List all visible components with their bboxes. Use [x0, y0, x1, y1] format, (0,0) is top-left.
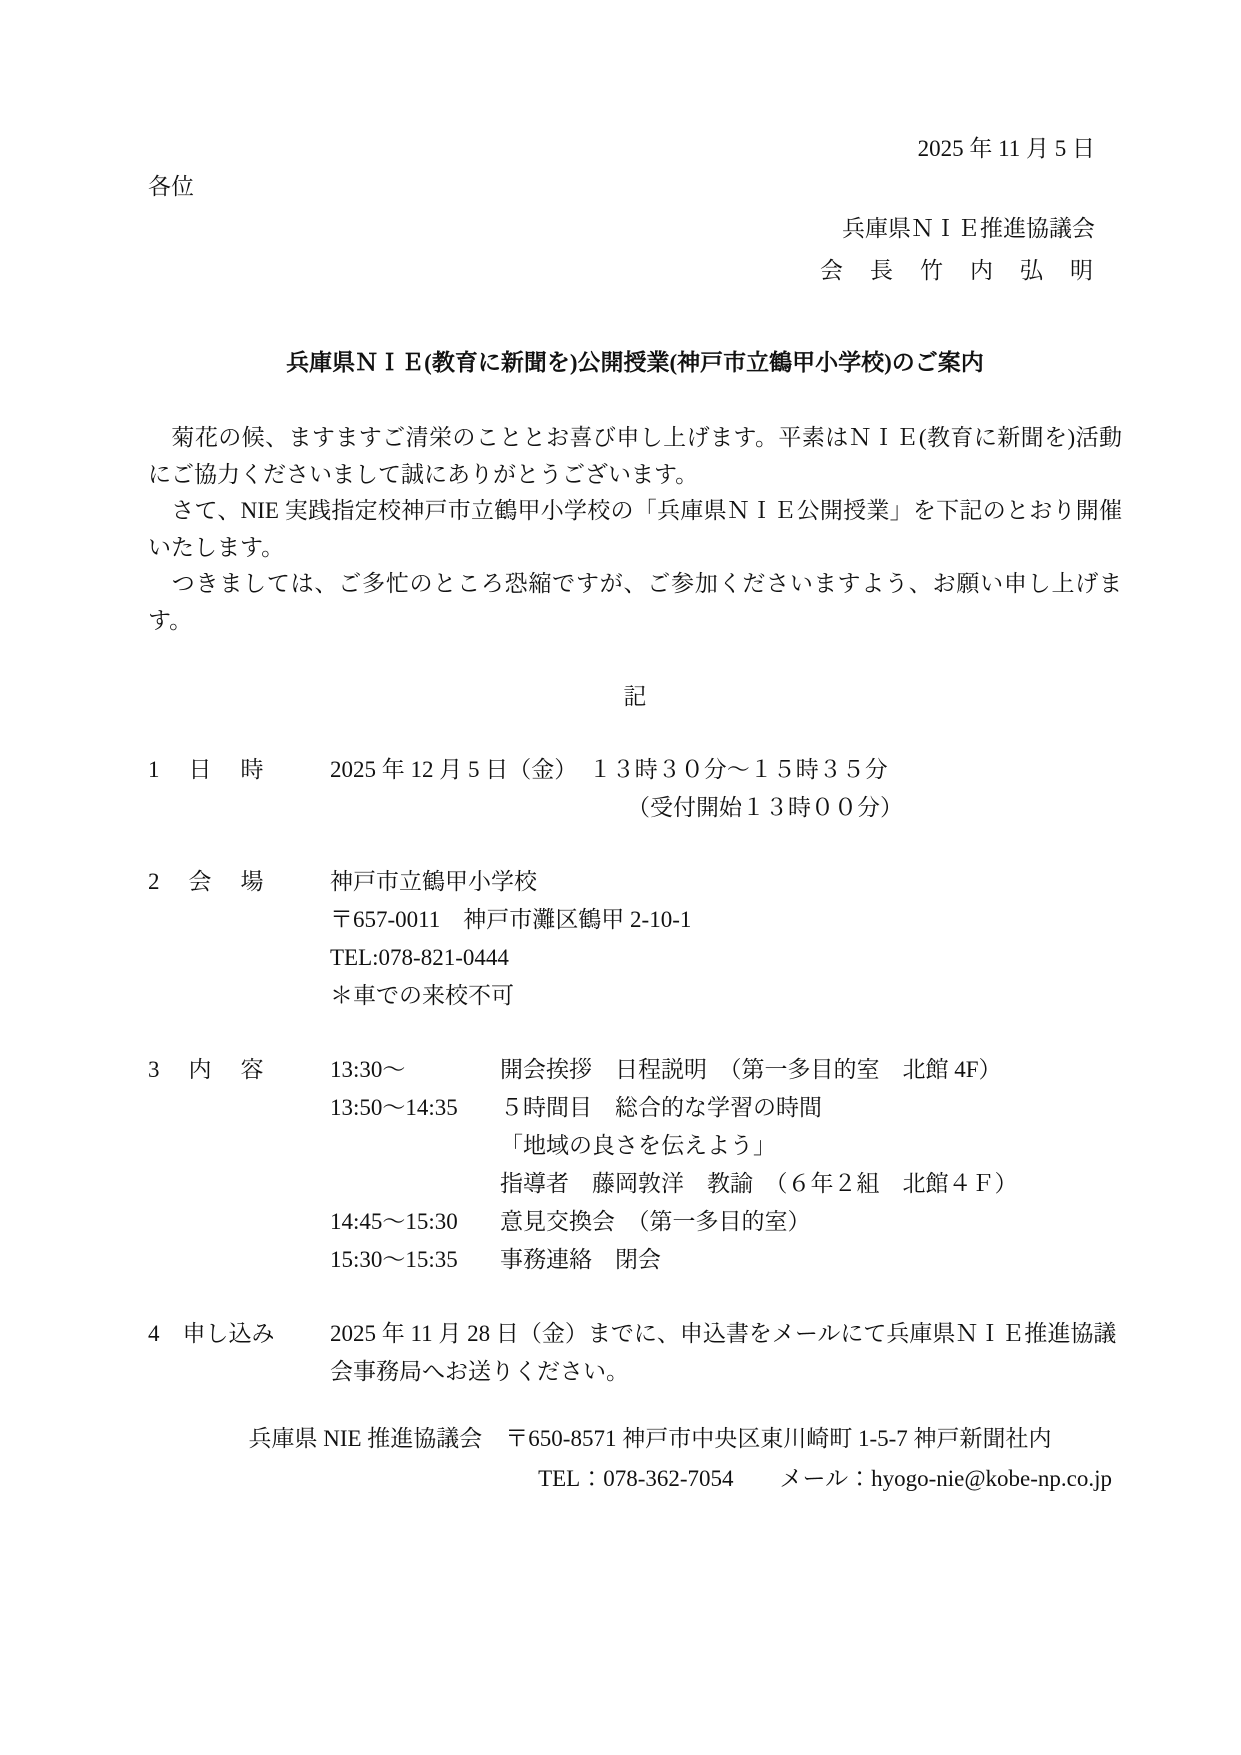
item-datetime-main: 2025 年 12 月 5 日（金） １３時３０分～１５時３５分: [330, 751, 1122, 789]
schedule-row: 13:50～14:35 ５時間目 総合的な学習の時間: [330, 1089, 1122, 1127]
footer-contact-tel-email: TEL：078-362-7054 メール：hyogo-nie@kobe-np.c…: [148, 1459, 1122, 1499]
schedule-activity: 「地域の良さを伝えよう」: [500, 1127, 1122, 1165]
item-program-label: 3 内 容: [148, 1051, 330, 1279]
venue-address: 〒657-0011 神戸市灘区鶴甲 2-10-1: [330, 901, 1122, 939]
schedule-time: [330, 1165, 500, 1203]
schedule-time: 13:50～14:35: [330, 1089, 500, 1127]
venue-tel: TEL:078-821-0444: [330, 939, 1122, 977]
footer: 兵庫県 NIE 推進協議会 〒650-8571 神戸市中央区東川崎町 1-5-7…: [148, 1419, 1122, 1499]
item-application-value: 2025 年 11 月 28 日（金）までに、申込書をメールにて兵庫県ＮＩＥ推進…: [330, 1315, 1122, 1391]
schedule-row: 指導者 藤岡敦洋 教諭 （６年２組 北館４Ｆ）: [330, 1165, 1122, 1203]
item-venue-value: 神戸市立鶴甲小学校 〒657-0011 神戸市灘区鶴甲 2-10-1 TEL:0…: [330, 863, 1122, 1015]
schedule-row: 「地域の良さを伝えよう」: [330, 1127, 1122, 1165]
schedule-time: 14:45～15:30: [330, 1203, 500, 1241]
schedule-row: 13:30～ 開会挨拶 日程説明 （第一多目的室 北館 4F）: [330, 1051, 1122, 1089]
document-date: 2025 年 11 月 5 日: [148, 132, 1122, 166]
paragraph-announcement: さて、NIE 実践指定校神戸市立鶴甲小学校の「兵庫県ＮＩＥ公開授業」を下記のとお…: [148, 493, 1122, 566]
sender-organization: 兵庫県ＮＩＥ推進協議会: [148, 208, 1122, 250]
item-application-label: 4 申し込み: [148, 1315, 330, 1391]
recipient: 各位: [148, 166, 1122, 208]
schedule-time: 13:30～: [330, 1051, 500, 1089]
item-venue-label: 2 会 場: [148, 863, 330, 1015]
record-marker: 記: [148, 679, 1122, 715]
venue-name: 神戸市立鶴甲小学校: [330, 863, 1122, 901]
document-page: 2025 年 11 月 5 日 各位 兵庫県ＮＩＥ推進協議会 会 長 竹 内 弘…: [0, 0, 1241, 1755]
item-venue: 2 会 場 神戸市立鶴甲小学校 〒657-0011 神戸市灘区鶴甲 2-10-1…: [148, 863, 1122, 1015]
document-title: 兵庫県ＮＩＥ(教育に新聞を)公開授業(神戸市立鶴甲小学校)のご案内: [148, 348, 1122, 378]
venue-note: ＊車での来校不可: [330, 977, 1122, 1015]
item-program-schedule: 13:30～ 開会挨拶 日程説明 （第一多目的室 北館 4F） 13:50～14…: [330, 1051, 1122, 1279]
schedule-activity: ５時間目 総合的な学習の時間: [500, 1089, 1122, 1127]
schedule-time: 15:30～15:35: [330, 1241, 500, 1279]
sender-representative: 会 長 竹 内 弘 明: [148, 250, 1122, 292]
item-datetime-note: （受付開始１３時００分）: [627, 789, 1122, 827]
schedule-row: 15:30～15:35 事務連絡 閉会: [330, 1241, 1122, 1279]
schedule-activity: 開会挨拶 日程説明 （第一多目的室 北館 4F）: [500, 1051, 1122, 1089]
body-paragraphs: 菊花の候、ますますご清栄のこととお喜び申し上げます。平素はＮＩＥ(教育に新聞を)…: [148, 420, 1122, 639]
schedule-activity: 指導者 藤岡敦洋 教諭 （６年２組 北館４Ｆ）: [500, 1165, 1122, 1203]
schedule-activity: 事務連絡 閉会: [500, 1241, 1122, 1279]
schedule-time: [330, 1127, 500, 1165]
schedule-activity: 意見交換会 （第一多目的室）: [500, 1203, 1122, 1241]
item-application: 4 申し込み 2025 年 11 月 28 日（金）までに、申込書をメールにて兵…: [148, 1315, 1122, 1391]
schedule-row: 14:45～15:30 意見交換会 （第一多目的室）: [330, 1203, 1122, 1241]
paragraph-greeting: 菊花の候、ますますご清栄のこととお喜び申し上げます。平素はＮＩＥ(教育に新聞を)…: [148, 420, 1122, 493]
paragraph-request: つきましては、ご多忙のところ恐縮ですが、ご参加くださいますよう、お願い申し上げま…: [148, 566, 1122, 639]
item-datetime: 1 日 時 2025 年 12 月 5 日（金） １３時３０分～１５時３５分 （…: [148, 751, 1122, 827]
item-program: 3 内 容 13:30～ 開会挨拶 日程説明 （第一多目的室 北館 4F） 13…: [148, 1051, 1122, 1279]
item-datetime-label: 1 日 時: [148, 751, 330, 827]
detail-items: 1 日 時 2025 年 12 月 5 日（金） １３時３０分～１５時３５分 （…: [148, 751, 1122, 1391]
item-datetime-value: 2025 年 12 月 5 日（金） １３時３０分～１５時３５分 （受付開始１３…: [330, 751, 1122, 827]
footer-contact-address: 兵庫県 NIE 推進協議会 〒650-8571 神戸市中央区東川崎町 1-5-7…: [148, 1419, 1122, 1459]
